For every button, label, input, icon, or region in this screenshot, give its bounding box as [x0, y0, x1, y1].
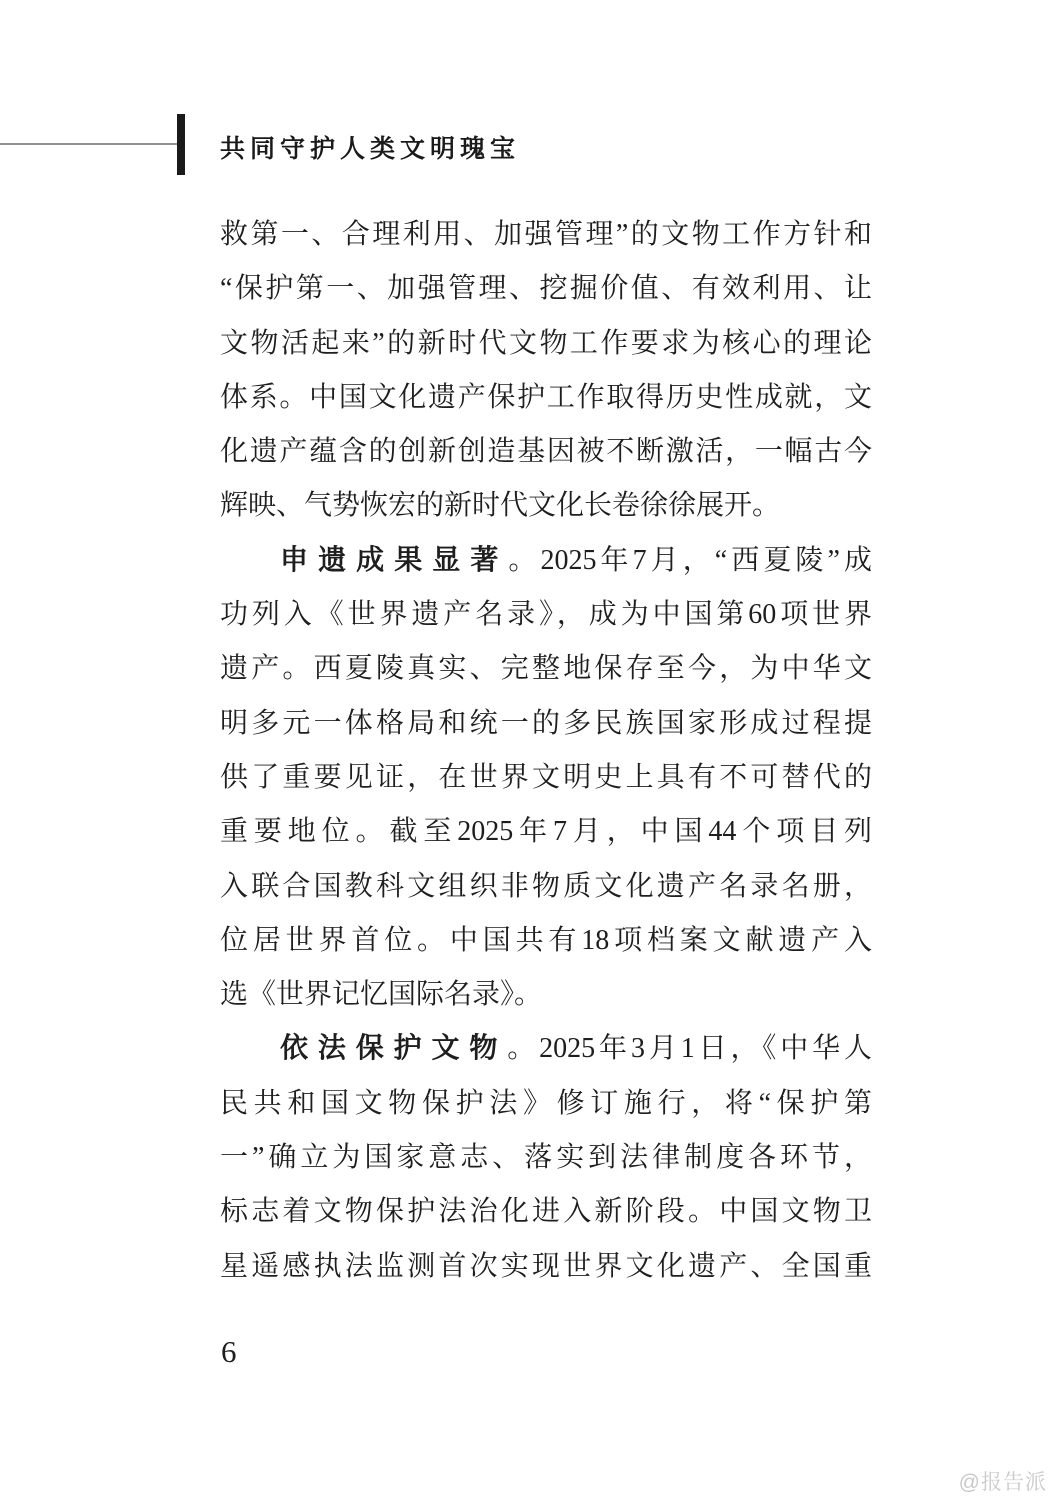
text-line: 民共和国文物保护法》修订施行，将“保护第 — [220, 1077, 872, 1131]
text-line: 星遥感执法监测首次实现世界文化遗产、全国重 — [220, 1240, 872, 1294]
text-line: 标志着文物保护法治化进入新阶段。中国文物卫 — [220, 1185, 872, 1239]
page-number: 6 — [221, 1334, 237, 1370]
text-line: 入联合国教科文组织非物质文化遗产名录名册， — [220, 860, 872, 914]
text-line: 化遗产蕴含的创新创造基因被不断激活，一幅古今 — [220, 425, 872, 479]
header-accent-bar — [177, 114, 185, 175]
text-line: 文物活起来”的新时代文物工作要求为核心的理论 — [220, 317, 872, 371]
watermark: @报告派 — [959, 1466, 1047, 1496]
text-line: 位居世界首位。中国共有18项档案文献遗产入 — [220, 914, 872, 968]
header-rule — [0, 143, 177, 145]
text-line: 重要地位。截至2025年7月，中国44个项目列 — [220, 805, 872, 859]
running-header-title: 共同守护人类文明瑰宝 — [220, 129, 520, 165]
text-line: 遗产。西夏陵真实、完整地保存至今，为中华文 — [220, 642, 872, 696]
text-line: 体系。中国文化遗产保护工作取得历史性成就，文 — [220, 371, 872, 425]
text-line: 供了重要见证，在世界文明史上具有不可替代的 — [220, 751, 872, 805]
text-line: 依法保护文物。2025年3月1日，《中华人 — [220, 1022, 872, 1076]
paragraph-lead-bold: 依法保护文物 — [280, 1033, 507, 1064]
text-line: 申遗成果显著。2025年7月，“西夏陵”成 — [220, 534, 872, 588]
document-page: 共同守护人类文明瑰宝 救第一、合理利用、加强管理”的文物工作方针和“保护第一、加… — [0, 0, 1055, 1500]
body-text: 救第一、合理利用、加强管理”的文物工作方针和“保护第一、加强管理、挖掘价值、有效… — [220, 208, 872, 1294]
text-line: 辉映、气势恢宏的新时代文化长卷徐徐展开。 — [220, 479, 872, 533]
text-line: 功列入《世界遗产名录》，成为中国第60项世界 — [220, 588, 872, 642]
paragraph-lead-bold: 申遗成果显著 — [280, 545, 508, 576]
text-line: 救第一、合理利用、加强管理”的文物工作方针和 — [220, 208, 872, 262]
text-line: 选《世界记忆国际名录》。 — [220, 968, 872, 1022]
text-line: 明多元一体格局和统一的多民族国家形成过程提 — [220, 697, 872, 751]
text-line: “保护第一、加强管理、挖掘价值、有效利用、让 — [220, 262, 872, 316]
text-line: 一”确立为国家意志、落实到法律制度各环节， — [220, 1131, 872, 1185]
